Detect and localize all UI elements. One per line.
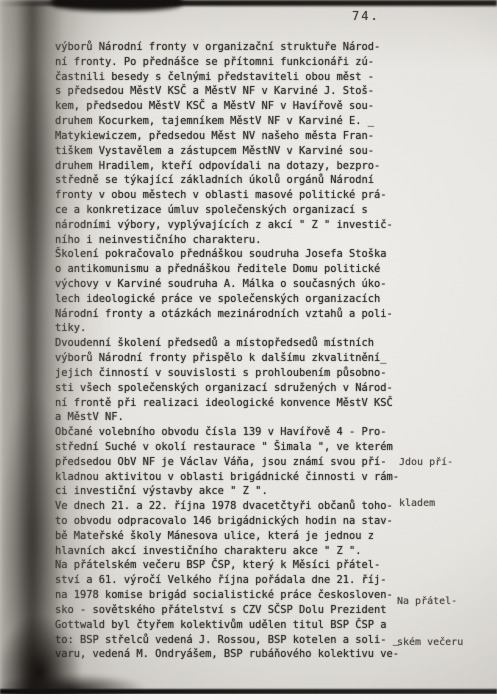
text-line: hlavních akcí investičního charakteru ak… — [55, 544, 407, 559]
text-line: Dvoudenní školení předsedů a místopředse… — [55, 336, 407, 351]
text-line: ního i neinvestičního charakteru. — [55, 233, 407, 248]
text-line: Ve dnech 21. a 22. října 1978 dvacetčtyř… — [55, 499, 407, 514]
text-line: bě Mateřské školy Mánesova ulice, která … — [55, 529, 407, 544]
text-line: o antikomunismu a přednáškou ředitele Do… — [55, 262, 407, 277]
text-line: Gottwald byl čtyřem kolektivům udělen ti… — [55, 618, 407, 633]
text-line: Na přátelském večeru BSP ČSP, který k Mě… — [55, 558, 407, 573]
margin-note-line: ském večeru — [397, 636, 489, 650]
text-line: častnili besedy s čelnými představiteli … — [55, 70, 407, 85]
text-line: sko - sovětského přátelství s CZV SČSP D… — [55, 603, 407, 618]
text-line: ní fronty. Po přednášce se přítomni funk… — [55, 55, 407, 70]
text-line: na 1978 komise brigád socialistické prác… — [55, 588, 407, 603]
text-line: ce a konkretizace úmluv společenských or… — [55, 203, 407, 218]
text-line: střední Suché v okolí restaurace " Šimal… — [55, 440, 407, 455]
text-line: tiškem Vystavělem a zástupcem MěstNV v K… — [55, 144, 407, 159]
margin-note-line: Na přátel- — [397, 595, 489, 609]
page-number: 74. — [352, 9, 380, 23]
margin-note-jdou-prikladem: Jdou pří- kladem — [399, 429, 491, 537]
text-line: středně se týkající základních úkolů org… — [55, 173, 407, 188]
text-line: to: BSP střelců vedená J. Rossou, BSP ko… — [55, 633, 407, 648]
text-line: kem, předsedou MěstV KSČ a MěstV NF v Ha… — [55, 99, 407, 114]
text-line: Školení pokračovalo přednáškou soudruha … — [55, 247, 407, 262]
text-line: Národní fronty a otázkách mezinárodních … — [55, 307, 407, 322]
text-line: ní frontě při realizaci ideologické konv… — [55, 396, 407, 411]
scanned-document-page: 74. výborů Národní fronty v organizační … — [0, 0, 497, 700]
margin-note-line: kladem — [399, 497, 491, 511]
text-line: lech ideologické práce ve společenských … — [55, 292, 407, 307]
text-line: varu, vedená M. Ondryášem, BSP rubáňovéh… — [55, 647, 407, 662]
text-line: výborů Národní fronty přispělo k dalšímu… — [55, 351, 407, 366]
text-line: předsedou ObV NF je Václav Váňa, jsou zn… — [55, 455, 407, 470]
text-line: Občané volebního obvodu čísla 139 v Haví… — [55, 425, 407, 440]
text-line: národními výbory, vyplývajících z akcí "… — [55, 218, 407, 233]
scan-bottom-margin — [0, 694, 497, 700]
scan-top-edge-bulge — [52, 0, 182, 11]
text-line: druhem Kocurkem, tajemníkem MěstV NF v K… — [55, 114, 407, 129]
text-line: ci investiční výstavby akce " Z ". — [55, 484, 407, 499]
margin-note-na-pratelskem-veceru: Na přátel- ském večeru — [397, 568, 489, 676]
text-line: to obvodu odpracovalo 146 brigádnických … — [55, 514, 407, 529]
text-line: výborů Národní fronty v organizační stru… — [55, 40, 407, 55]
text-line: druhem Hradilem, kteří odpovídali na dot… — [55, 159, 407, 174]
text-line: Matykiewiczem, předsedou Měst NV našeho … — [55, 129, 407, 144]
text-line: a MěstV NF. — [55, 410, 407, 425]
margin-note-line: Jdou pří- — [399, 456, 491, 470]
text-line: ství a 61. výročí Velkého října pořádala… — [55, 573, 407, 588]
text-line: fronty v obou městech v oblasti masové p… — [55, 188, 407, 203]
text-line: s předsedou MěstV KSČ a MěstV NF v Karvi… — [55, 84, 407, 99]
text-line: výchovy v Karviné soudruha A. Málka o so… — [55, 277, 407, 292]
text-line: tiky. — [55, 321, 407, 336]
text-line: jejich činností v souvislosti s prohloub… — [55, 366, 407, 381]
typewritten-body-text: výborů Národní fronty v organizační stru… — [55, 40, 407, 662]
text-line: kladnou aktivitou v oblasti brigádnické … — [55, 470, 407, 485]
text-line: sti všech společenských organizací sdruž… — [55, 381, 407, 396]
